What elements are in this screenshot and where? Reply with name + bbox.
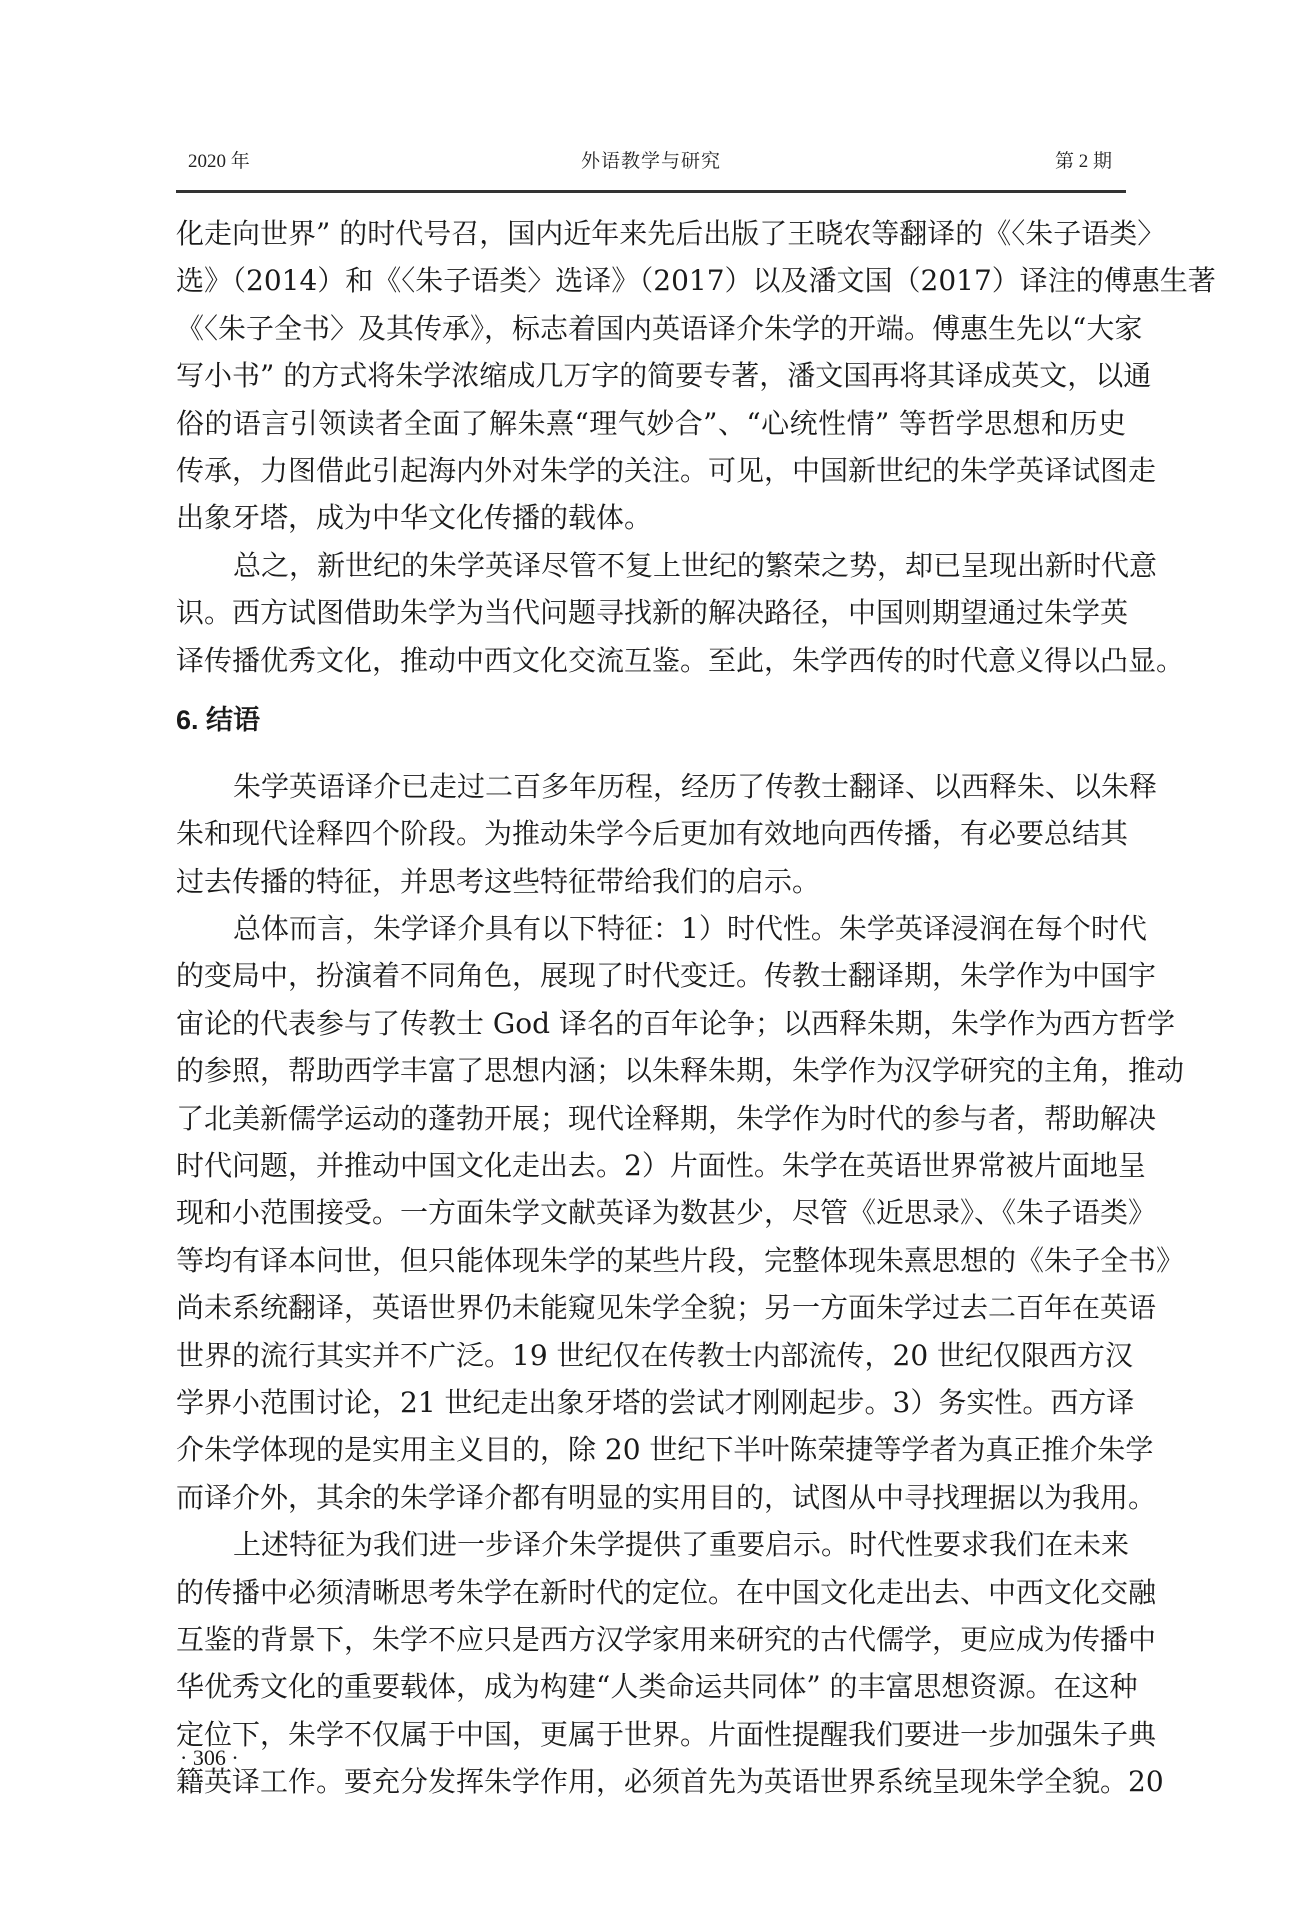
text-line: 籍英译工作。要充分发挥朱学作用，必须首先为英语世界系统呈现朱学全貌。20	[176, 1758, 1126, 1805]
text-line: 世界的流行其实并不广泛。19 世纪仅在传教士内部流传，20 世纪仅限西方汉	[176, 1332, 1126, 1379]
text-line: 定位下，朱学不仅属于中国，更属于世界。片面性提醒我们要进一步加强朱子典	[176, 1711, 1126, 1758]
text-line: 译传播优秀文化，推动中西文化交流互鉴。至此，朱学西传的时代意义得以凸显。	[176, 637, 1126, 684]
text-line: 介朱学体现的是实用主义目的，除 20 世纪下半叶陈荣捷等学者为真正推介朱学	[176, 1426, 1126, 1473]
text-line: 选》（2014）和《〈朱子语类〉选译》（2017）以及潘文国（2017）译注的傅…	[176, 257, 1126, 304]
paragraph: 总体而言，朱学译介具有以下特征：1）时代性。朱学英译浸润在每个时代 的变局中，扮…	[176, 905, 1126, 1521]
text-line: 总之，新世纪的朱学英译尽管不复上世纪的繁荣之势，却已呈现出新时代意	[176, 542, 1126, 589]
paragraph: 化走向世界” 的时代号召，国内近年来先后出版了王晓农等翻译的《〈朱子语类〉 选》…	[176, 210, 1126, 542]
header-rule	[176, 190, 1126, 193]
page-number: · 306 ·	[180, 1745, 239, 1771]
text-line: 化走向世界” 的时代号召，国内近年来先后出版了王晓农等翻译的《〈朱子语类〉	[176, 210, 1126, 257]
paragraph: 朱学英语译介已走过二百多年历程，经历了传教士翻译、以西释朱、以朱释 朱和现代诠释…	[176, 763, 1126, 905]
text-line: 朱学英语译介已走过二百多年历程，经历了传教士翻译、以西释朱、以朱释	[176, 763, 1126, 810]
text-line: 了北美新儒学运动的蓬勃开展；现代诠释期，朱学作为时代的参与者，帮助解决	[176, 1095, 1126, 1142]
text-line: 等均有译本问世，但只能体现朱学的某些片段，完整体现朱熹思想的《朱子全书》	[176, 1237, 1126, 1284]
text-line: 宙论的代表参与了传教士 God 译名的百年论争；以西释朱期，朱学作为西方哲学	[176, 1000, 1126, 1047]
text-line: 朱和现代诠释四个阶段。为推动朱学今后更加有效地向西传播，有必要总结其	[176, 810, 1126, 857]
section-heading: 6. 结语	[176, 690, 1126, 753]
text-line: 《〈朱子全书〉及其传承》，标志着国内英语译介朱学的开端。傅惠生先以“大家	[176, 305, 1126, 352]
text-line: 过去传播的特征，并思考这些特征带给我们的启示。	[176, 858, 1126, 905]
text-line: 尚未系统翻译，英语世界仍未能窥见朱学全貌；另一方面朱学过去二百年在英语	[176, 1284, 1126, 1331]
text-line: 的参照，帮助西学丰富了思想内涵；以朱释朱期，朱学作为汉学研究的主角，推动	[176, 1047, 1126, 1094]
text-line: 俗的语言引领读者全面了解朱熹“理气妙合”、“心统性情” 等哲学思想和历史	[176, 400, 1126, 447]
text-line: 时代问题，并推动中国文化走出去。2）片面性。朱学在英语世界常被片面地呈	[176, 1142, 1126, 1189]
text-line: 现和小范围接受。一方面朱学文献英译为数甚少，尽管《近思录》、《朱子语类》	[176, 1189, 1126, 1236]
text-line: 而译介外，其余的朱学译介都有明显的实用目的，试图从中寻找理据以为我用。	[176, 1474, 1126, 1521]
text-line: 互鉴的背景下，朱学不应只是西方汉学家用来研究的古代儒学，更应成为传播中	[176, 1616, 1126, 1663]
text-line: 学界小范围讨论，21 世纪走出象牙塔的尝试才刚刚起步。3）务实性。西方译	[176, 1379, 1126, 1426]
text-line: 传承，力图借此引起海内外对朱学的关注。可见，中国新世纪的朱学英译试图走	[176, 447, 1126, 494]
text-line: 写小书” 的方式将朱学浓缩成几万字的简要专著，潘文国再将其译成英文，以通	[176, 352, 1126, 399]
text-line: 上述特征为我们进一步译介朱学提供了重要启示。时代性要求我们在未来	[176, 1521, 1126, 1568]
header-journal-title: 外语教学与研究	[176, 146, 1126, 173]
text-line: 的传播中必须清晰思考朱学在新时代的定位。在中国文化走出去、中西文化交融	[176, 1569, 1126, 1616]
article-body: 化走向世界” 的时代号召，国内近年来先后出版了王晓农等翻译的《〈朱子语类〉 选》…	[176, 210, 1126, 1806]
paragraph: 总之，新世纪的朱学英译尽管不复上世纪的繁荣之势，却已呈现出新时代意 识。西方试图…	[176, 542, 1126, 684]
running-header: 2020 年 外语教学与研究 第 2 期	[176, 146, 1126, 176]
text-line: 总体而言，朱学译介具有以下特征：1）时代性。朱学英译浸润在每个时代	[176, 905, 1126, 952]
paragraph: 上述特征为我们进一步译介朱学提供了重要启示。时代性要求我们在未来 的传播中必须清…	[176, 1521, 1126, 1805]
text-line: 华优秀文化的重要载体，成为构建“人类命运共同体” 的丰富思想资源。在这种	[176, 1663, 1126, 1710]
text-line: 出象牙塔，成为中华文化传播的载体。	[176, 494, 1126, 541]
text-line: 识。西方试图借助朱学为当代问题寻找新的解决路径，中国则期望通过朱学英	[176, 589, 1126, 636]
header-issue: 第 2 期	[1055, 146, 1112, 173]
text-line: 的变局中，扮演着不同角色，展现了时代变迁。传教士翻译期，朱学作为中国宇	[176, 952, 1126, 999]
